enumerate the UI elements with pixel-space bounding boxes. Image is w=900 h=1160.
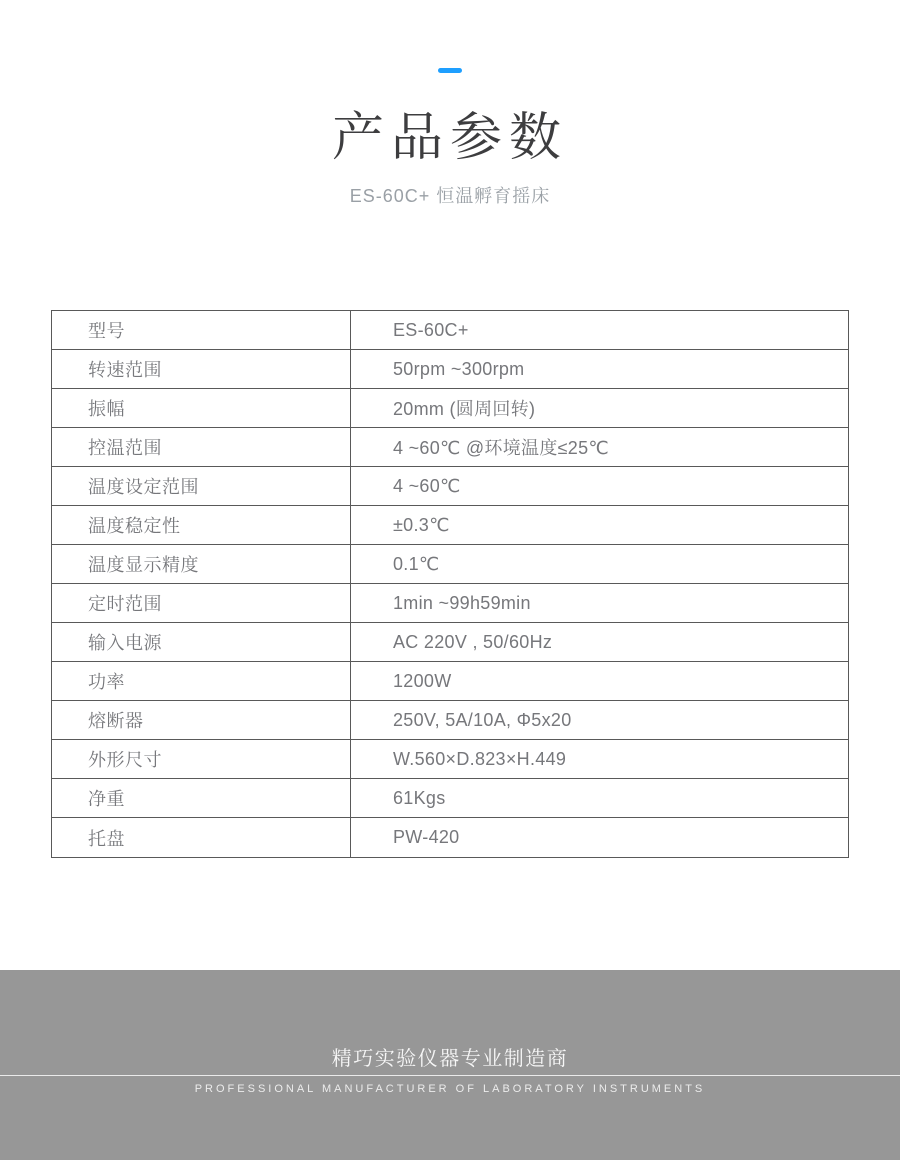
footer-divider <box>0 1075 900 1076</box>
spec-label: 型号 <box>52 311 351 349</box>
spec-label: 温度显示精度 <box>52 545 351 583</box>
spec-value: ES-60C+ <box>351 311 848 349</box>
table-row: 功率 1200W <box>52 662 848 701</box>
spec-label: 振幅 <box>52 389 351 427</box>
table-row: 定时范围 1min ~99h59min <box>52 584 848 623</box>
table-row: 温度显示精度 0.1℃ <box>52 545 848 584</box>
product-spec-page: 产品参数 ES-60C+ 恒温孵育摇床 型号 ES-60C+ 转速范围 50rp… <box>0 0 900 1160</box>
spec-value: 61Kgs <box>351 779 848 817</box>
spec-label: 托盘 <box>52 818 351 857</box>
footer-slogan-cn: 精巧实验仪器专业制造商 <box>0 970 900 1071</box>
spec-label: 功率 <box>52 662 351 700</box>
spec-label: 输入电源 <box>52 623 351 661</box>
table-row: 温度设定范围 4 ~60℃ <box>52 467 848 506</box>
spec-label: 熔断器 <box>52 701 351 739</box>
spec-label: 外形尺寸 <box>52 740 351 778</box>
table-row: 输入电源 AC 220V , 50/60Hz <box>52 623 848 662</box>
table-row: 温度稳定性 ±0.3℃ <box>52 506 848 545</box>
table-row: 托盘 PW-420 <box>52 818 848 857</box>
spec-value: 250V, 5A/10A, Φ5x20 <box>351 701 848 739</box>
spec-value: 1min ~99h59min <box>351 584 848 622</box>
table-row: 控温范围 4 ~60℃ @环境温度≤25℃ <box>52 428 848 467</box>
spec-label: 净重 <box>52 779 351 817</box>
spec-value: ±0.3℃ <box>351 506 848 544</box>
spec-value: PW-420 <box>351 818 848 857</box>
spec-label: 温度稳定性 <box>52 506 351 544</box>
spec-value: 50rpm ~300rpm <box>351 350 848 388</box>
spec-label: 控温范围 <box>52 428 351 466</box>
spec-value: AC 220V , 50/60Hz <box>351 623 848 661</box>
header: 产品参数 ES-60C+ 恒温孵育摇床 <box>0 68 900 208</box>
footer: 精巧实验仪器专业制造商 PROFESSIONAL MANUFACTURER OF… <box>0 970 900 1160</box>
spec-label: 转速范围 <box>52 350 351 388</box>
spec-value: 1200W <box>351 662 848 700</box>
spec-value: 0.1℃ <box>351 545 848 583</box>
table-row: 转速范围 50rpm ~300rpm <box>52 350 848 389</box>
table-row: 型号 ES-60C+ <box>52 311 848 350</box>
spec-value: 20mm (圆周回转) <box>351 389 848 427</box>
page-subtitle: ES-60C+ 恒温孵育摇床 <box>0 182 900 208</box>
table-row: 外形尺寸 W.560×D.823×H.449 <box>52 740 848 779</box>
spec-label: 温度设定范围 <box>52 467 351 505</box>
page-title: 产品参数 <box>0 110 900 167</box>
spec-label: 定时范围 <box>52 584 351 622</box>
spec-value: 4 ~60℃ <box>351 467 848 505</box>
footer-slogan-en: PROFESSIONAL MANUFACTURER OF LABORATORY … <box>0 1083 900 1095</box>
accent-dash-icon <box>438 68 462 73</box>
table-row: 净重 61Kgs <box>52 779 848 818</box>
spec-value: 4 ~60℃ @环境温度≤25℃ <box>351 428 848 466</box>
table-row: 熔断器 250V, 5A/10A, Φ5x20 <box>52 701 848 740</box>
table-row: 振幅 20mm (圆周回转) <box>52 389 848 428</box>
spec-table: 型号 ES-60C+ 转速范围 50rpm ~300rpm 振幅 20mm (圆… <box>51 310 849 858</box>
spec-value: W.560×D.823×H.449 <box>351 740 848 778</box>
